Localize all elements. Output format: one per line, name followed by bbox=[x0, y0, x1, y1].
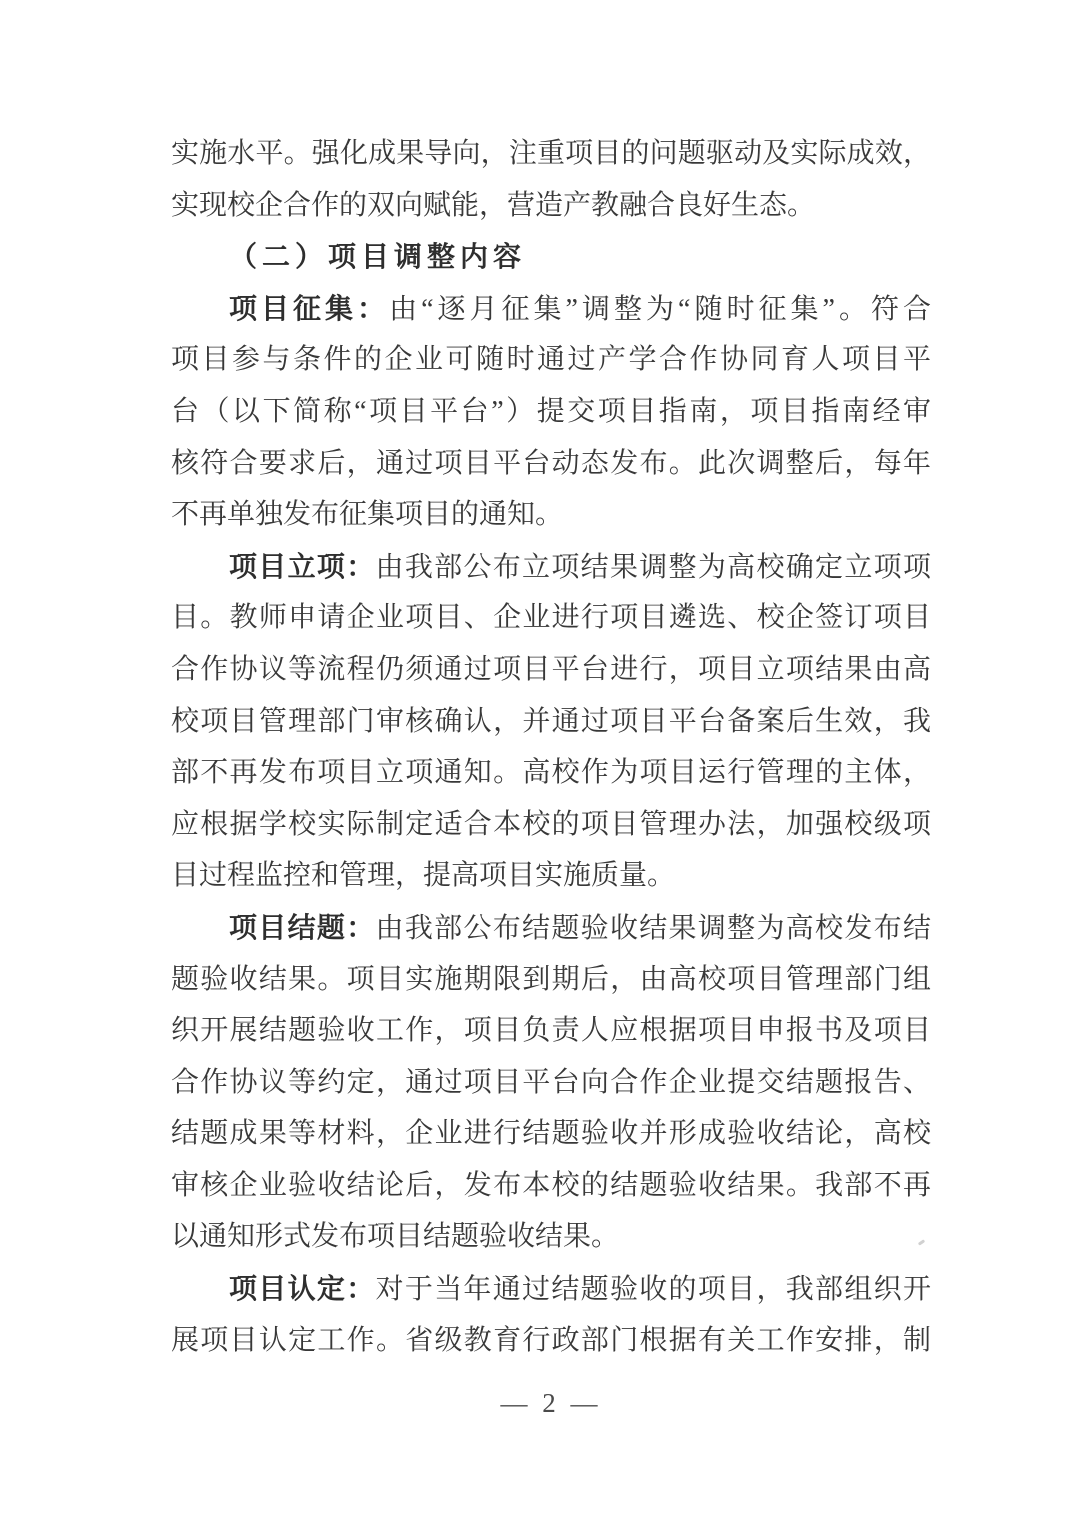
text-line: 部不再发布项目立项通知。高校作为项目运行管理的主体， bbox=[171, 747, 931, 799]
text-line: 题验收结果。项目实施期限到期后，由高校项目管理部门组 bbox=[171, 954, 931, 1006]
text-line: 核符合要求后，通过项目平台动态发布。此次调整后，每年 bbox=[171, 438, 931, 490]
line-text: 对于当年通过结题验收的项目，我部组织开 bbox=[376, 1274, 931, 1305]
line-text: 不再单独发布征集项目的通知。 bbox=[171, 499, 563, 530]
line-text: 合作协议等约定，通过项目平台向合作企业提交结题报告、 bbox=[171, 1067, 931, 1098]
text-line: 项目参与条件的企业可随时通过产学合作协同育人项目平 bbox=[171, 334, 931, 386]
section-heading-text: （二）项目调整内容 bbox=[229, 241, 526, 272]
text-line: 织开展结题验收工作，项目负责人应根据项目申报书及项目 bbox=[171, 1005, 931, 1057]
line-text: 应根据学校实际制定适合本校的项目管理办法，加强校级项 bbox=[171, 809, 931, 840]
line-text: 项目参与条件的企业可随时通过产学合作协同育人项目平 bbox=[171, 344, 931, 375]
page-footer: — 2 — bbox=[171, 1388, 931, 1419]
page-number: — 2 — bbox=[501, 1388, 602, 1418]
text-line: 项目征集：由“逐月征集”调整为“随时征集”。符合 bbox=[171, 283, 931, 335]
line-text: 合作协议等流程仍须通过项目平台进行，项目立项结果由高 bbox=[171, 654, 931, 685]
line-text: 核符合要求后，通过项目平台动态发布。此次调整后，每年 bbox=[171, 448, 931, 479]
line-text: 校项目管理部门审核确认，并通过项目平台备案后生效，我 bbox=[171, 706, 931, 737]
line-text: 由我部公布立项结果调整为高校确定立项项 bbox=[376, 552, 931, 583]
line-text: 实现校企合作的双向赋能，营造产教融合良好生态。 bbox=[171, 190, 815, 221]
text-line: 不再单独发布征集项目的通知。 bbox=[171, 489, 931, 541]
paragraph-lead: 项目征集： bbox=[229, 293, 389, 324]
line-text: 织开展结题验收工作，项目负责人应根据项目申报书及项目 bbox=[171, 1015, 931, 1046]
paragraph-lead: 项目立项： bbox=[229, 551, 376, 582]
text-line: 合作协议等约定，通过项目平台向合作企业提交结题报告、 bbox=[171, 1057, 931, 1109]
line-text: 题验收结果。项目实施期限到期后，由高校项目管理部门组 bbox=[171, 964, 931, 995]
line-text: 以通知形式发布项目结题验收结果。 bbox=[171, 1221, 619, 1252]
line-text: 部不再发布项目立项通知。高校作为项目运行管理的主体， bbox=[171, 757, 931, 788]
paragraph-lead: 项目结题： bbox=[229, 912, 376, 943]
document-page: 实施水平。强化成果导向，注重项目的问题驱动及实际成效， 实现校企合作的双向赋能，… bbox=[0, 0, 1080, 1527]
text-line: 实施水平。强化成果导向，注重项目的问题驱动及实际成效， bbox=[171, 128, 931, 180]
paragraph-lead: 项目认定： bbox=[229, 1273, 376, 1304]
line-text: 目过程监控和管理，提高项目实施质量。 bbox=[171, 860, 675, 891]
line-text: 展项目认定工作。省级教育行政部门根据有关工作安排，制 bbox=[171, 1325, 931, 1356]
line-text: 目。教师申请企业项目、企业进行项目遴选、校企签订项目 bbox=[171, 602, 931, 633]
text-line: 目过程监控和管理，提高项目实施质量。 bbox=[171, 850, 931, 902]
text-line: 项目结题：由我部公布结题验收结果调整为高校发布结 bbox=[171, 902, 931, 954]
text-line: 实现校企合作的双向赋能，营造产教融合良好生态。 bbox=[171, 180, 931, 232]
document-body: 实施水平。强化成果导向，注重项目的问题驱动及实际成效， 实现校企合作的双向赋能，… bbox=[171, 128, 931, 1366]
text-line: 展项目认定工作。省级教育行政部门根据有关工作安排，制 bbox=[171, 1315, 931, 1367]
section-heading: （二）项目调整内容 bbox=[171, 231, 931, 283]
text-line: 台（以下简称“项目平台”）提交项目指南，项目指南经审 bbox=[171, 386, 931, 438]
line-text: 结题成果等材料，企业进行结题验收并形成验收结论，高校 bbox=[171, 1118, 931, 1149]
line-text: 台（以下简称“项目平台”）提交项目指南，项目指南经审 bbox=[171, 396, 931, 427]
line-text: 实施水平。强化成果导向，注重项目的问题驱动及实际成效， bbox=[171, 138, 931, 169]
text-line: 合作协议等流程仍须通过项目平台进行，项目立项结果由高 bbox=[171, 644, 931, 696]
text-line: 项目立项：由我部公布立项结果调整为高校确定立项项 bbox=[171, 541, 931, 593]
line-text: 审核企业验收结论后，发布本校的结题验收结果。我部不再 bbox=[171, 1170, 931, 1201]
text-line: 审核企业验收结论后，发布本校的结题验收结果。我部不再 bbox=[171, 1160, 931, 1212]
line-text: 由“逐月征集”调整为“随时征集”。符合 bbox=[389, 294, 931, 325]
text-line: 项目认定：对于当年通过结题验收的项目，我部组织开 bbox=[171, 1263, 931, 1315]
text-line: 目。教师申请企业项目、企业进行项目遴选、校企签订项目 bbox=[171, 592, 931, 644]
text-line: 以通知形式发布项目结题验收结果。 bbox=[171, 1211, 931, 1263]
text-line: 结题成果等材料，企业进行结题验收并形成验收结论，高校 bbox=[171, 1108, 931, 1160]
line-text: 由我部公布结题验收结果调整为高校发布结 bbox=[376, 913, 931, 944]
text-line: 校项目管理部门审核确认，并通过项目平台备案后生效，我 bbox=[171, 696, 931, 748]
text-line: 应根据学校实际制定适合本校的项目管理办法，加强校级项 bbox=[171, 799, 931, 851]
